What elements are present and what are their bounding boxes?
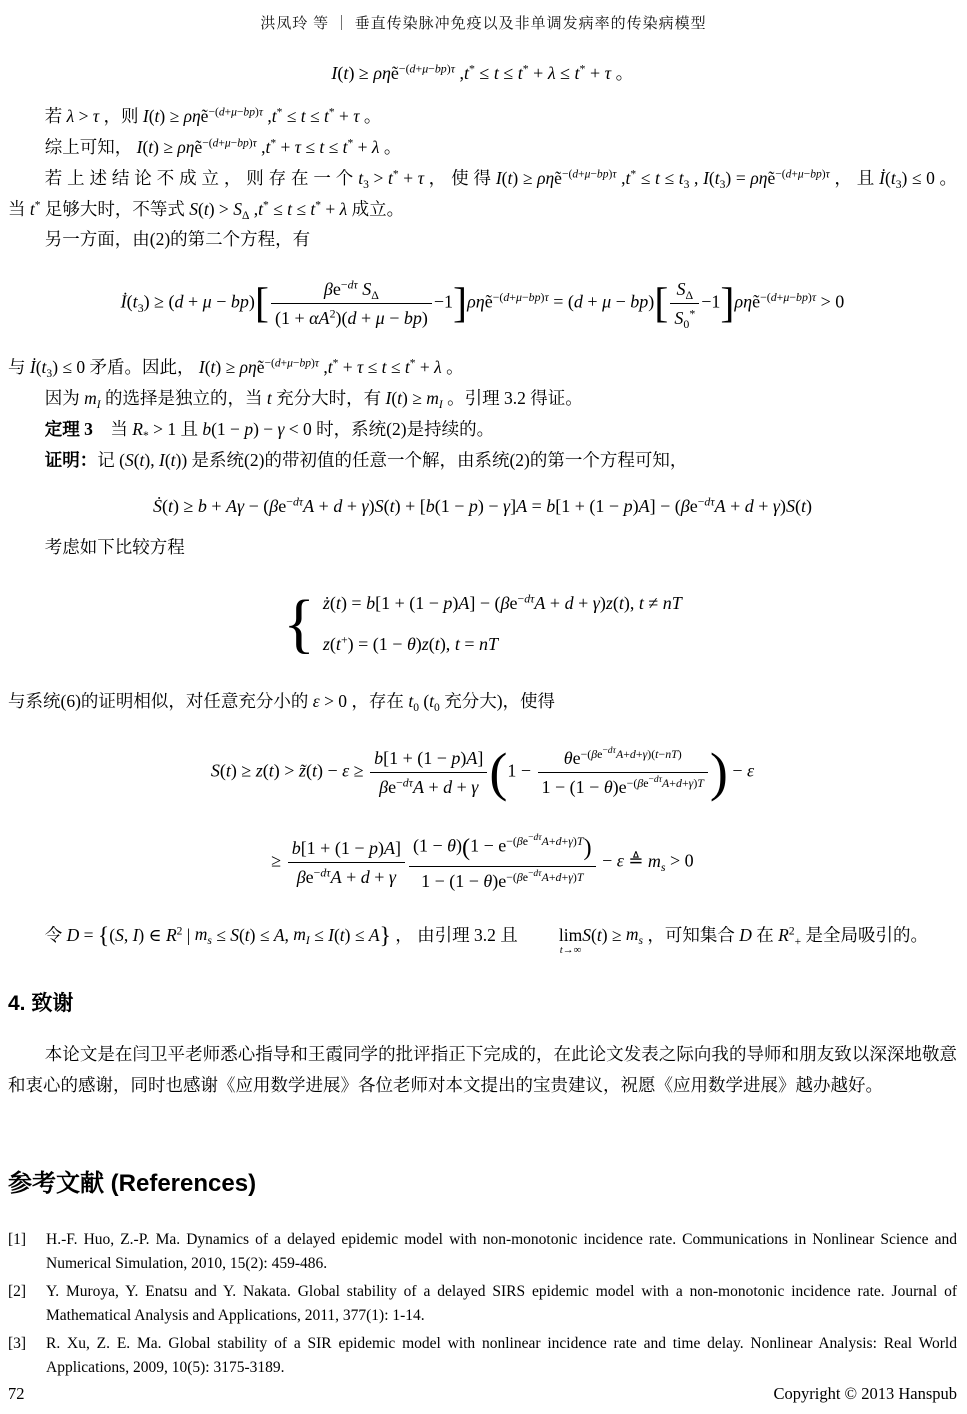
paragraph-proof: 证明：记 (S(t), I(t)) 是系统(2)的带初值的任意一个解，由系统(2… [8,445,957,476]
main-content: I(t) ≥ ρη̃e−(d+μ−bp)τ ,t* ≤ t ≤ t* + λ ≤… [0,61,967,1381]
reference-text: R. Xu, Z. E. Ma. Global stability of a S… [46,1332,957,1381]
display-formula-3: Ṡ(t) ≥ b + Aγ − (βe−dτA + d + γ)S(t) + [… [8,494,957,518]
running-header: 洪凤玲 等 ｜ 垂直传染脉冲免疫以及非单调发病率的传染病模型 [0,0,967,33]
paragraph-other-hand: 另一方面，由(2)的第二个方程，有 [8,224,957,255]
comparison-equation-line2: z(t+) = (1 − θ)z(t), t = nT [323,624,682,665]
display-formula-1: I(t) ≥ ρη̃e−(d+μ−bp)τ ,t* ≤ t ≤ t* + λ ≤… [8,61,957,85]
section-heading-acknowledgements: 4. 致谢 [8,987,957,1017]
comparison-equation-line1: ż(t) = b[1 + (1 − p)A] − (βe−dτA + d + γ… [323,583,682,624]
paper-page: 洪凤玲 等 ｜ 垂直传染脉冲免疫以及非单调发病率的传染病模型 I(t) ≥ ρη… [0,0,967,1414]
display-formula-5: S(t) ≥ z(t) > z̃(t) − ε ≥ b[1 + (1 − p)A… [8,736,957,809]
references-heading: 参考文献 (References) [8,1163,957,1198]
reference-label: [1] [8,1228,46,1277]
equation-system: { ż(t) = b[1 + (1 − p)A] − (βe−dτA + d +… [283,583,682,666]
reference-text: Y. Muroya, Y. Enatsu and Y. Nakata. Glob… [46,1280,957,1329]
paragraph-mI-choice: 因为 mI 的选择是独立的，当 t 充分大时，有 I(t) ≥ mI 。引理 3… [8,383,957,414]
paragraph-if-lambda: 若 λ > τ ，则 I(t) ≥ ρη̃e−(d+μ−bp)τ ,t* ≤ t… [8,101,957,132]
paragraph-similar-proof: 与系统(6)的证明相似，对任意充分小的 ε > 0 ，存在 t0 (t0 充分大… [8,686,957,717]
acknowledgements-text: 本论文是在闫卫平老师悉心指导和王霞同学的批评指正下完成的，在此论文发表之际向我的… [8,1039,957,1101]
page-footer: 72 Copyright © 2013 Hanspub [8,1384,957,1404]
reference-label: [3] [8,1332,46,1381]
page-number: 72 [8,1384,25,1404]
paragraph-theorem-3: 定理 3 当 R* > 1 且 b(1 − p) − γ < 0 时，系统(2)… [8,414,957,445]
paragraph-compare: 考虑如下比较方程 [8,532,957,563]
copyright-text: Copyright © 2013 Hanspub [774,1384,958,1404]
reference-text: H.-F. Huo, Z.-P. Ma. Dynamics of a delay… [46,1228,957,1277]
display-formula-6: ≥ b[1 + (1 − p)A]βe−dτA + d + γ(1 − θ)(1… [8,829,957,895]
reference-item: [1] H.-F. Huo, Z.-P. Ma. Dynamics of a d… [8,1228,957,1277]
reference-label: [2] [8,1280,46,1329]
display-formula-comparison-system: { ż(t) = b[1 + (1 − p)A] − (βe−dτA + d +… [8,583,957,666]
reference-item: [2] Y. Muroya, Y. Enatsu and Y. Nakata. … [8,1280,957,1329]
references-list: [1] H.-F. Huo, Z.-P. Ma. Dynamics of a d… [8,1228,957,1381]
reference-item: [3] R. Xu, Z. E. Ma. Global stability of… [8,1332,957,1381]
paragraph-contradiction-setup: 若 上 述 结 论 不 成 立 ， 则 存 在 一 个 t3 > t* + τ … [8,163,957,225]
paragraph-set-D: 令 D = {(S, I) ∈ R2 | ms ≤ S(t) ≤ A, mI ≤… [8,916,957,958]
display-formula-2: İ(t3) ≥ (d + μ − bp)[βe−dτ SΔ(1 + αA2)(d… [8,275,957,332]
system-left-brace: { [283,591,315,657]
system-equations: ż(t) = b[1 + (1 − p)A] − (βe−dτA + d + γ… [323,583,682,666]
paragraph-contradiction: 与 İ(t3) ≤ 0 矛盾。因此， I(t) ≥ ρη̃e−(d+μ−bp)τ… [8,352,957,383]
paragraph-summary: 综上可知， I(t) ≥ ρη̃e−(d+μ−bp)τ ,t* + τ ≤ t … [8,132,957,163]
